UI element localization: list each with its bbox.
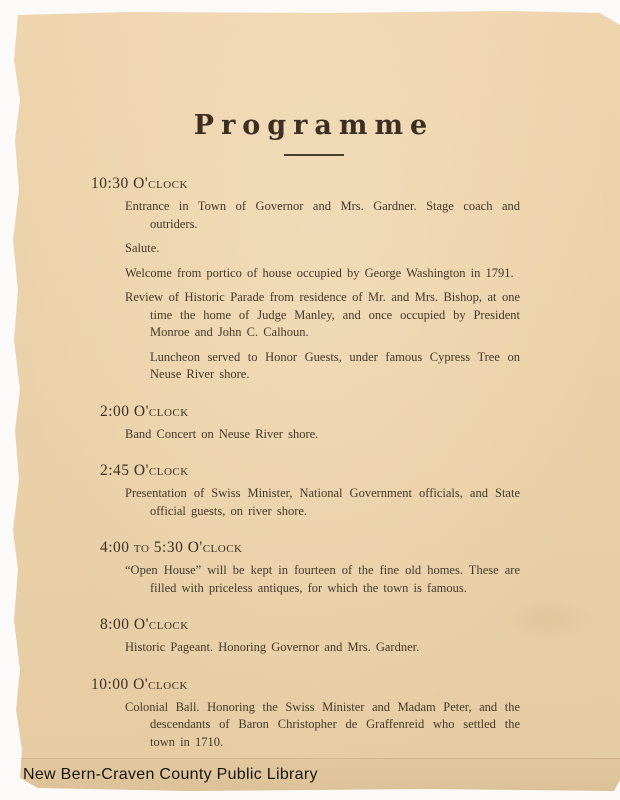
schedule-item: Welcome from portico of house occupied b… xyxy=(150,265,520,283)
section-items: Historic Pageant. Honoring Governor and … xyxy=(8,639,620,657)
title-divider xyxy=(284,154,344,156)
schedule-item: Colonial Ball. Honoring the Swiss Minist… xyxy=(150,699,520,752)
schedule-section: 4:00 to 5:30 O'clock “Open House” will b… xyxy=(8,538,620,597)
schedule-section: 2:45 O'clock Presentation of Swiss Minis… xyxy=(8,461,620,520)
schedule-section: 10:30 O'clock Entrance in Town of Govern… xyxy=(8,174,620,384)
section-time-heading: 4:00 to 5:30 O'clock xyxy=(100,538,620,558)
section-items: “Open House” will be kept in fourteen of… xyxy=(8,562,620,597)
schedule-section: 10:00 O'clock Colonial Ball. Honoring th… xyxy=(8,675,620,752)
schedule-item: Luncheon served to Honor Guests, under f… xyxy=(150,349,520,384)
schedule-item: Band Concert on Neuse River shore. xyxy=(150,426,520,444)
schedule-item: Salute. xyxy=(150,240,520,258)
schedule-section: 2:00 O'clock Band Concert on Neuse River… xyxy=(8,402,620,444)
schedule: 10:30 O'clock Entrance in Town of Govern… xyxy=(8,174,620,751)
schedule-item: Historic Pageant. Honoring Governor and … xyxy=(150,639,520,657)
section-items: Band Concert on Neuse River shore. xyxy=(8,426,620,444)
section-time-heading: 10:00 O'clock xyxy=(91,675,620,695)
section-time-heading: 10:30 O'clock xyxy=(91,174,620,194)
schedule-item: Entrance in Town of Governor and Mrs. Ga… xyxy=(150,198,520,233)
section-items: Entrance in Town of Governor and Mrs. Ga… xyxy=(8,198,620,384)
schedule-item: “Open House” will be kept in fourteen of… xyxy=(150,562,520,597)
page-title: Programme xyxy=(8,108,620,144)
programme-page: Programme 10:30 O'clock Entrance in Town… xyxy=(8,10,620,791)
section-items: Colonial Ball. Honoring the Swiss Minist… xyxy=(8,699,620,752)
section-items: Presentation of Swiss Minister, National… xyxy=(8,485,620,520)
schedule-item: Presentation of Swiss Minister, National… xyxy=(150,485,520,520)
schedule-item: Review of Historic Parade from residence… xyxy=(150,289,520,342)
section-time-heading: 2:45 O'clock xyxy=(100,461,620,481)
section-time-heading: 8:00 O'clock xyxy=(100,615,620,635)
scan-background: Programme 10:30 O'clock Entrance in Town… xyxy=(0,0,620,800)
library-watermark: New Bern-Craven County Public Library xyxy=(23,766,318,784)
section-time-heading: 2:00 O'clock xyxy=(100,402,620,422)
schedule-section: 8:00 O'clock Historic Pageant. Honoring … xyxy=(8,615,620,657)
